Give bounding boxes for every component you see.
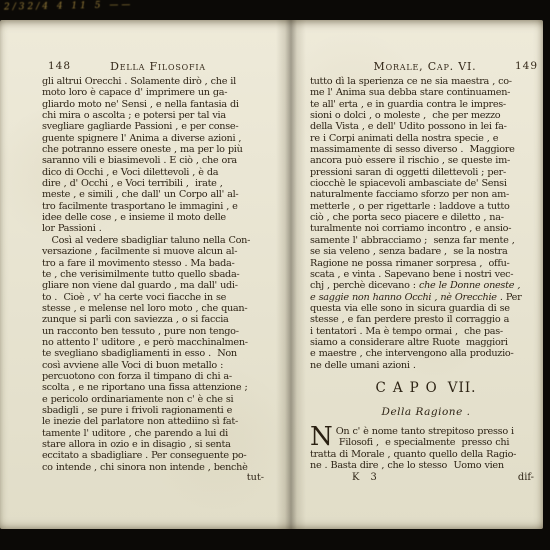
section-title: Della Ragione . <box>310 406 542 418</box>
left-page-number: 148 <box>48 60 71 72</box>
text-line: no attento l' uditore , e però macchinal… <box>42 337 276 348</box>
text-line: versazione , facilmente si muove alcun a… <box>42 246 276 257</box>
text-segment: stare allora in ozio e in disagio , si s… <box>42 439 231 450</box>
text-line: così avviene alle Voci di buon metallo : <box>42 360 276 371</box>
text-line: i tentatori . Ma è tempo ormai , che pas… <box>310 326 542 337</box>
text-segment: stesse , e melense nel loro moto , che q… <box>42 303 247 314</box>
text-line: chi mira o ascolta ; e potersi per tal v… <box>42 110 276 121</box>
chapter-word: CAPO <box>376 380 444 396</box>
text-line: gliare non viene dal guardo , ma dall' u… <box>42 280 276 291</box>
right-page-number: 149 <box>515 60 538 72</box>
text-segment: così avviene alle Voci di buon metallo : <box>42 360 223 371</box>
text-line: turalmente noi corriamo incontro , e ans… <box>310 223 542 234</box>
text-segment: gli altrui Orecchi . Solamente dirò , ch… <box>42 76 236 87</box>
text-line: ancora può essere il rischio , se queste… <box>310 155 542 166</box>
text-segment: ciò , che porta seco piacere e diletto ,… <box>310 212 504 223</box>
chapter-numeral: VII. <box>448 380 477 396</box>
text-segment: chi mira o ascolta ; e potersi per tal v… <box>42 110 226 121</box>
text-segment: guente spignere l' Anima a diverse azion… <box>42 133 241 144</box>
text-line: moto loro è capace d' imprimere un ga- <box>42 87 276 98</box>
text-line: siamo a considerare altre Ruote maggiori <box>310 337 542 348</box>
drop-cap: N <box>310 426 336 448</box>
text-line: un racconto ben tessuto , pure non tengo… <box>42 326 276 337</box>
text-line: lor Passioni . <box>42 223 276 234</box>
text-line: se sia veleno , senza badare , se la nos… <box>310 246 542 257</box>
text-segment: e pericolo ordinariamente non c' è che s… <box>42 394 233 405</box>
text-line: dico di Occhi , e Voci dilettevoli , è d… <box>42 167 276 178</box>
text-segment: le inezie del parlatore non attediino sì… <box>42 416 238 427</box>
shelf-mark-handwriting: 2/32/4 4 11 5 —— <box>4 0 184 13</box>
text-line: percuotono con forza il timpano di chi a… <box>42 371 276 382</box>
text-line: ne delle umani azioni . <box>310 360 542 371</box>
text-segment: Ragione ne possa rimaner sorpresa , offu… <box>310 258 510 269</box>
text-line: e maestre , che intervengono alla produz… <box>310 348 542 359</box>
text-segment: percuotono con forza il timpano di chi a… <box>42 371 232 382</box>
text-segment: ciocchè le spiacevoli ambasciate de' Sen… <box>310 178 507 189</box>
photo-background: { "scene": { "background_color": "#0b090… <box>0 0 550 550</box>
text-line: tratta di Morale , quanto quello della R… <box>310 449 542 460</box>
text-line: to . Cioè , v' ha certe voci fiacche in … <box>42 292 276 303</box>
text-line: metterle , o per rigettarle : laddove a … <box>310 201 542 212</box>
text-line: meste , e simili , che dall' un Corpo al… <box>42 189 276 200</box>
text-line: naturalmente facciamo sforzo per non am- <box>310 189 542 200</box>
text-line: tro facilmente trasportano le immagini ,… <box>42 201 276 212</box>
text-segment: dico di Occhi , e Voci dilettevoli , è d… <box>42 167 218 178</box>
text-line: sioni o dolci , o moleste , che per mezz… <box>310 110 542 121</box>
text-segment: sbadigli , se pure i frivoli ragionament… <box>42 405 232 416</box>
text-segment: metterle , o per rigettarle : laddove a … <box>310 201 510 212</box>
text-segment: Filosofi , e specialmente presso chi <box>336 437 509 448</box>
text-line: Così al vedere sbadigliar taluno nella C… <box>42 235 276 246</box>
left-catchword: tut- <box>42 472 264 483</box>
right-page-header: Morale, Cap. VI. 149 <box>310 60 540 74</box>
text-segment: te all' erta , e in guardia contra le im… <box>310 99 506 110</box>
text-line: tro a fare il movimento stesso . Ma bada… <box>42 258 276 269</box>
text-segment: idee delle cose , e insieme il moto dell… <box>42 212 226 223</box>
text-line: te svegliano sbadigliamenti in esso . No… <box>42 348 276 359</box>
text-line: samente l' abbracciamo ; senza far mente… <box>310 235 542 246</box>
second-paragraph-lines: On c' è nome tanto strepitoso presso i F… <box>310 426 542 471</box>
text-segment: saranno vili e biasimevoli . E ciò , che… <box>42 155 237 166</box>
text-line: ne . Basta dire , che lo stesso Uomo vie… <box>310 460 542 471</box>
chapter-heading: CAPOVII. <box>310 380 542 396</box>
text-line: Ragione ne possa rimaner sorpresa , offu… <box>310 258 542 269</box>
text-segment: pressioni saran di oggetti dilettevoli ;… <box>310 167 506 178</box>
text-segment: questa via elle sono in sicura guardia d… <box>310 303 510 314</box>
text-segment: ancora può essere il rischio , se queste… <box>310 155 510 166</box>
text-line: e pericolo ordinariamente non c' è che s… <box>42 394 276 405</box>
text-segment: On c' è nome tanto strepitoso presso i <box>336 426 514 437</box>
text-segment: scata , e vinta . Sapevano bene i nostri… <box>310 269 513 280</box>
text-segment: tutto dì la sperienza ce ne sia maestra … <box>310 76 512 87</box>
left-page: 148 Della Filosofia gli altrui Orecchi .… <box>0 20 285 529</box>
right-text-block: tutto dì la sperienza ce ne sia maestra … <box>310 76 542 371</box>
text-segment: della Vista , e dell' Udito possono in l… <box>310 121 507 132</box>
text-segment: i tentatori . Ma è tempo ormai , che pas… <box>310 326 503 337</box>
text-line: della Vista , e dell' Udito possono in l… <box>310 121 542 132</box>
text-segment: ne . Basta dire , che lo stesso Uomo vie… <box>310 460 504 471</box>
text-segment: tamente l' uditore , che parendo a lui d… <box>42 428 228 439</box>
text-segment: Così al vedere sbadigliar taluno nella C… <box>42 235 250 246</box>
text-segment: gliardo moto ne' Sensi , e nella fantasi… <box>42 99 239 110</box>
text-segment: zunque si parli con saviezza , o si facc… <box>42 314 228 325</box>
text-line: questa via elle sono in sicura guardia d… <box>310 303 542 314</box>
text-line: tutto dì la sperienza ce ne sia maestra … <box>310 76 542 87</box>
text-segment: massimamente di sesso diverso . Maggiore <box>310 144 515 155</box>
text-line: ciocchè le spiacevoli ambasciate de' Sen… <box>310 178 542 189</box>
text-segment: re i Corpi animati della nostra specie ,… <box>310 133 498 144</box>
text-segment: sioni o dolci , o moleste , che per mezz… <box>310 110 500 121</box>
text-line: svegliare gagliarde Passioni , e per con… <box>42 121 276 132</box>
italic-text-segment: che le Donne oneste , <box>419 280 520 291</box>
text-line: dire , d' Occhi , e Voci terribili , ira… <box>42 178 276 189</box>
text-segment: to . Cioè , v' ha certe voci fiacche in … <box>42 292 226 303</box>
second-paragraph: N On c' è nome tanto strepitoso presso i… <box>310 426 542 471</box>
text-line: che potranno essere oneste , ma per lo p… <box>42 144 276 155</box>
text-segment: versazione , facilmente si muove alcun a… <box>42 246 237 257</box>
text-line: gliardo moto ne' Sensi , e nella fantasi… <box>42 99 276 110</box>
text-line: saranno vili e biasimevoli . E ciò , che… <box>42 155 276 166</box>
text-segment: chj , perchè dicevano : <box>310 280 419 291</box>
text-line: me l' Anima sua debba stare continuamen- <box>310 87 542 98</box>
text-segment: un racconto ben tessuto , pure non tengo… <box>42 326 239 337</box>
text-line: stesse , e fan perdere presto il corragg… <box>310 314 542 325</box>
text-line: le inezie del parlatore non attediino sì… <box>42 416 276 427</box>
text-segment: samente l' abbracciamo ; senza far mente… <box>310 235 515 246</box>
text-line: e saggie non hanno Occhi , nè Orecchie .… <box>310 292 542 303</box>
text-line: Filosofi , e specialmente presso chi <box>310 437 542 448</box>
text-segment: Per <box>503 292 522 303</box>
text-segment: svegliare gagliarde Passioni , e per con… <box>42 121 238 132</box>
text-segment: te , che verisimilmente tutto quello sba… <box>42 269 239 280</box>
text-segment: naturalmente facciamo sforzo per non am- <box>310 189 509 200</box>
text-segment: ne delle umani azioni . <box>310 360 416 371</box>
text-segment: tro a fare il movimento stesso . Ma bada… <box>42 258 234 269</box>
text-segment: che potranno essere oneste , ma per lo p… <box>42 144 243 155</box>
text-line: guente spignere l' Anima a diverse azion… <box>42 133 276 144</box>
text-line: massimamente di sesso diverso . Maggiore <box>310 144 542 155</box>
text-line: te all' erta , e in guardia contra le im… <box>310 99 542 110</box>
text-segment: meste , e simili , che dall' un Corpo al… <box>42 189 238 200</box>
text-segment: tro facilmente trasportano le immagini ,… <box>42 201 238 212</box>
text-line: pressioni saran di oggetti dilettevoli ;… <box>310 167 542 178</box>
right-catchword: dif- <box>518 472 534 483</box>
text-line: zunque si parli con saviezza , o si facc… <box>42 314 276 325</box>
text-segment: stesse , e fan perdere presto il corragg… <box>310 314 509 325</box>
left-running-title: Della Filosofia <box>42 60 274 73</box>
text-segment: siamo a considerare altre Ruote maggiori <box>310 337 508 348</box>
text-segment: te svegliano sbadigliamenti in esso . No… <box>42 348 237 359</box>
text-segment: se sia veleno , senza badare , se la nos… <box>310 246 507 257</box>
text-line: chj , perchè dicevano : che le Donne one… <box>310 280 542 291</box>
text-line: idee delle cose , e insieme il moto dell… <box>42 212 276 223</box>
text-segment: lor Passioni . <box>42 223 101 234</box>
text-line: re i Corpi animati della nostra specie ,… <box>310 133 542 144</box>
text-segment: moto loro è capace d' imprimere un ga- <box>42 87 227 98</box>
text-line: eccitato a sbadigliare . Per conseguente… <box>42 450 276 461</box>
text-segment: e maestre , che intervengono alla produz… <box>310 348 513 359</box>
text-line: gli altrui Orecchi . Solamente dirò , ch… <box>42 76 276 87</box>
text-segment: eccitato a sbadigliare . Per conseguente… <box>42 450 246 461</box>
text-segment: dire , d' Occhi , e Voci terribili , ira… <box>42 178 223 189</box>
text-line: tamente l' uditore , che parendo a lui d… <box>42 428 276 439</box>
italic-text-segment: e saggie non hanno Occhi , nè Orecchie . <box>310 292 503 303</box>
gutter-shadow <box>276 20 306 529</box>
text-segment: tratta di Morale , quanto quello della R… <box>310 449 516 460</box>
right-page-footer: K 3 dif- <box>310 472 538 485</box>
text-line: scolta , e ne riportano una fissa attenz… <box>42 382 276 393</box>
text-segment: scolta , e ne riportano una fissa attenz… <box>42 382 247 393</box>
text-line: sbadigli , se pure i frivoli ragionament… <box>42 405 276 416</box>
text-segment: gliare non viene dal guardo , ma dall' u… <box>42 280 238 291</box>
text-line: scata , e vinta . Sapevano bene i nostri… <box>310 269 542 280</box>
left-text-block: gli altrui Orecchi . Solamente dirò , ch… <box>42 76 276 473</box>
text-line: ciò , che porta seco piacere e diletto ,… <box>310 212 542 223</box>
text-segment: me l' Anima sua debba stare continuamen- <box>310 87 510 98</box>
book-spread: 148 Della Filosofia gli altrui Orecchi .… <box>0 20 543 529</box>
right-running-title: Morale, Cap. VI. <box>310 60 540 73</box>
right-page: Morale, Cap. VI. 149 tutto dì la sperien… <box>285 20 543 529</box>
text-segment: no attento l' uditore , e però macchinal… <box>42 337 248 348</box>
text-line: stesse , e melense nel loro moto , che q… <box>42 303 276 314</box>
left-page-header: 148 Della Filosofia <box>42 60 274 74</box>
text-segment: turalmente noi corriamo incontro , e ans… <box>310 223 511 234</box>
text-line: On c' è nome tanto strepitoso presso i <box>310 426 542 437</box>
signature-mark: K 3 <box>352 472 381 483</box>
text-line: stare allora in ozio e in disagio , si s… <box>42 439 276 450</box>
text-line: te , che verisimilmente tutto quello sba… <box>42 269 276 280</box>
